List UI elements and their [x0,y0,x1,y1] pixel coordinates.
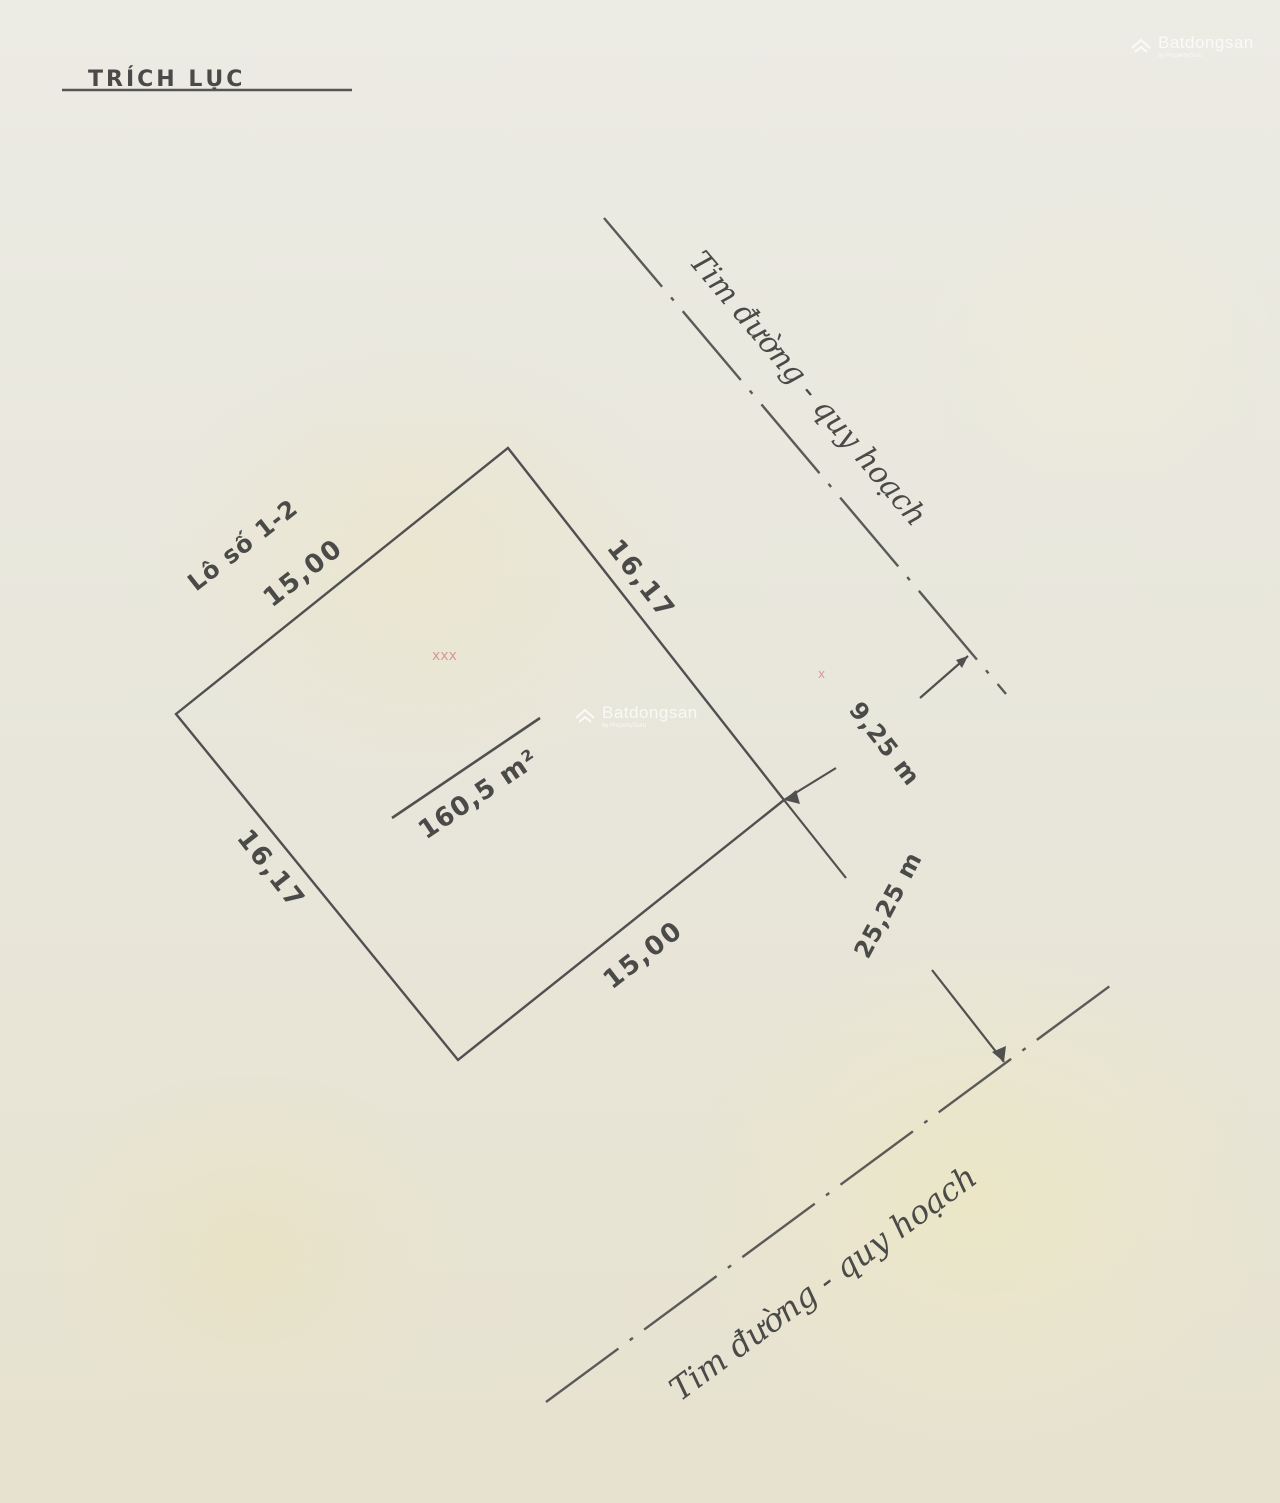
upper-road-distance: 9,25 m [843,696,926,791]
lower-road-label: Tim đường - quy hoạch [662,1157,984,1408]
lower-road-distance: 25,25 m [849,847,928,963]
lower-road-distance-text: 25,25 m [849,847,928,963]
bottom-side-dimension: 15,00 [598,915,689,995]
upper-road-distance-text: 9,25 m [843,696,926,791]
top-side-dimension: 15,00 [258,533,349,613]
upper-road-label: Tim đường - quy hoạch [682,245,934,534]
bottom-side-text: 15,00 [598,915,689,995]
right-edge-extension [784,800,846,878]
red-mark: x [818,667,825,681]
top-side-text: 15,00 [258,533,349,613]
document-title: TRÍCH LỤC [62,66,352,92]
lower-road-label-text: Tim đường - quy hoạch [662,1157,984,1408]
plot-diagram: TRÍCH LỤC Tim đường - quy hoạch Tim đườn… [0,0,1280,1503]
upper-road-label-text: Tim đường - quy hoạch [682,245,934,534]
upper-road-centerline [604,218,1006,694]
survey-sheet: TRÍCH LỤC Tim đường - quy hoạch Tim đườn… [0,0,1280,1503]
lower-road-centerline [546,980,1118,1402]
title-text: TRÍCH LỤC [88,66,245,92]
lower-distance-line [932,970,1004,1062]
red-note: xxx [432,648,457,664]
left-side-dimension: 16,17 [230,824,310,915]
left-side-text: 16,17 [230,824,310,915]
